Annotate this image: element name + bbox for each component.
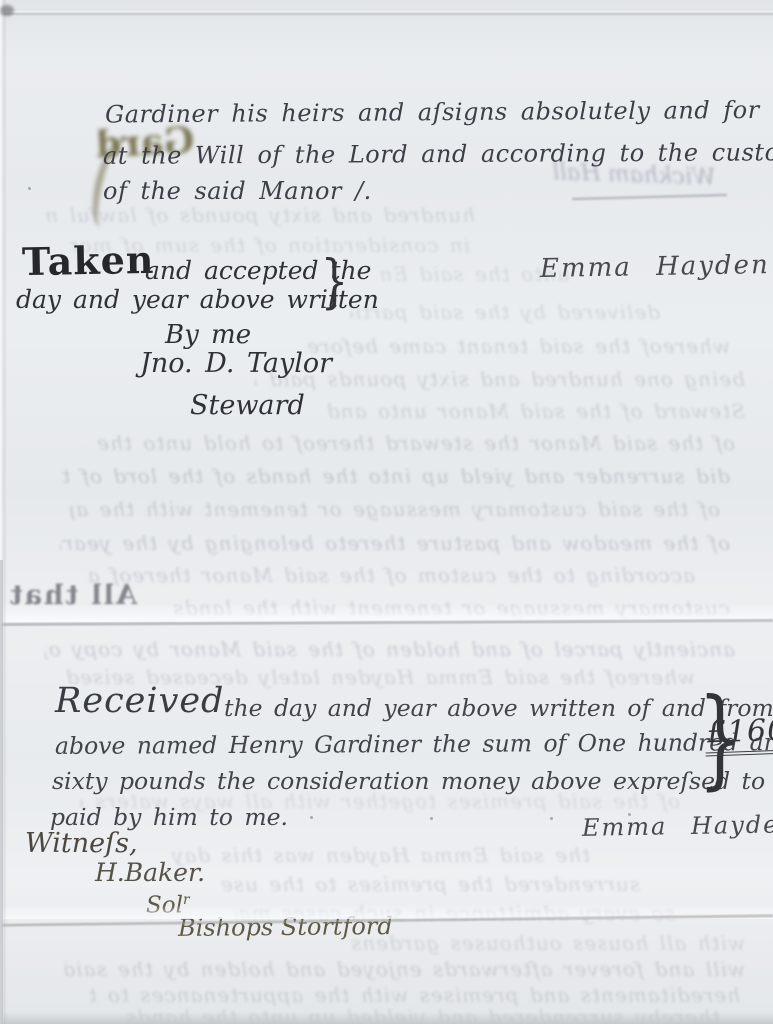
bleed-through-underline <box>572 194 727 200</box>
signature-emma-hayden-2: Emma Hayden <box>582 810 773 842</box>
page-left-edge-line <box>0 560 3 1024</box>
ink-speck <box>310 816 313 819</box>
attestation-brace: } <box>321 247 349 315</box>
signature-emma-hayden-1: Emma Hayden <box>540 250 770 284</box>
bleed-through-line: with all houses outhouses gardens and or… <box>345 931 745 957</box>
receipt-line2: above named Henry Gardiner the sum of On… <box>55 728 773 760</box>
ink-speck <box>430 817 433 820</box>
bleed-through-line: delivered by the said parties according … <box>350 300 660 326</box>
corner-mark <box>0 5 14 16</box>
bleed-through-line: whereof the said tenant came before the … <box>300 334 730 360</box>
witness-label: Witneſs, <box>25 828 138 859</box>
receipt-line4: paid by him to me. <box>50 803 288 831</box>
fold-crease-top <box>0 11 773 16</box>
ink-speck <box>28 187 31 190</box>
paragraph1-line2: at the Will of the Lord and according to… <box>103 138 773 170</box>
paragraph1-line1: Gardiner his heirs and aſsigns absolutel… <box>105 95 773 128</box>
steward-title: Steward <box>190 390 305 421</box>
manuscript-page: hundred and sixty pounds of lawful money… <box>0 0 773 1024</box>
bleed-through-line: did surrender and yield up into the hand… <box>60 464 730 490</box>
paragraph1-line3: of the said Manor /. <box>103 177 372 205</box>
bleed-through-line: Steward of the said Manor unto and to th… <box>315 399 745 425</box>
bleed-through-line: anciently parcel of and holden of the sa… <box>45 637 735 663</box>
bleed-through-line: the said Emma Hayden was this day admitt… <box>160 843 590 869</box>
receipt-line3: sixty pounds the consideration money abo… <box>52 767 773 795</box>
ink-speck <box>550 817 553 820</box>
attestation-opening-word: Taken <box>22 237 155 284</box>
receipt-line1: the day and year above written of and fr… <box>224 694 773 722</box>
witness-name: H.Baker. <box>95 858 205 887</box>
ink-speck <box>628 813 631 816</box>
steward-signature: Jno. D. Taylor <box>140 348 332 379</box>
bleed-through-line: of the said customary messuage or teneme… <box>70 497 720 523</box>
bleed-through-line: will and forever afterwards enjoyed and … <box>65 957 745 983</box>
receipt-amount: £160 <box>704 713 773 757</box>
bleed-through-line: of the meadow and pasture thereto belong… <box>60 531 730 557</box>
bleed-through-line: surrendered the premises to the use of t… <box>210 872 640 898</box>
attestation-by-me: By me <box>165 320 251 350</box>
page-bottom-edge <box>0 1012 773 1024</box>
bleed-through-line: according to the custom of the said Mano… <box>85 563 695 589</box>
bleed-through-line: of the said Manor the steward thereof to… <box>85 431 735 457</box>
receipt-opening-word: Received <box>55 681 224 721</box>
